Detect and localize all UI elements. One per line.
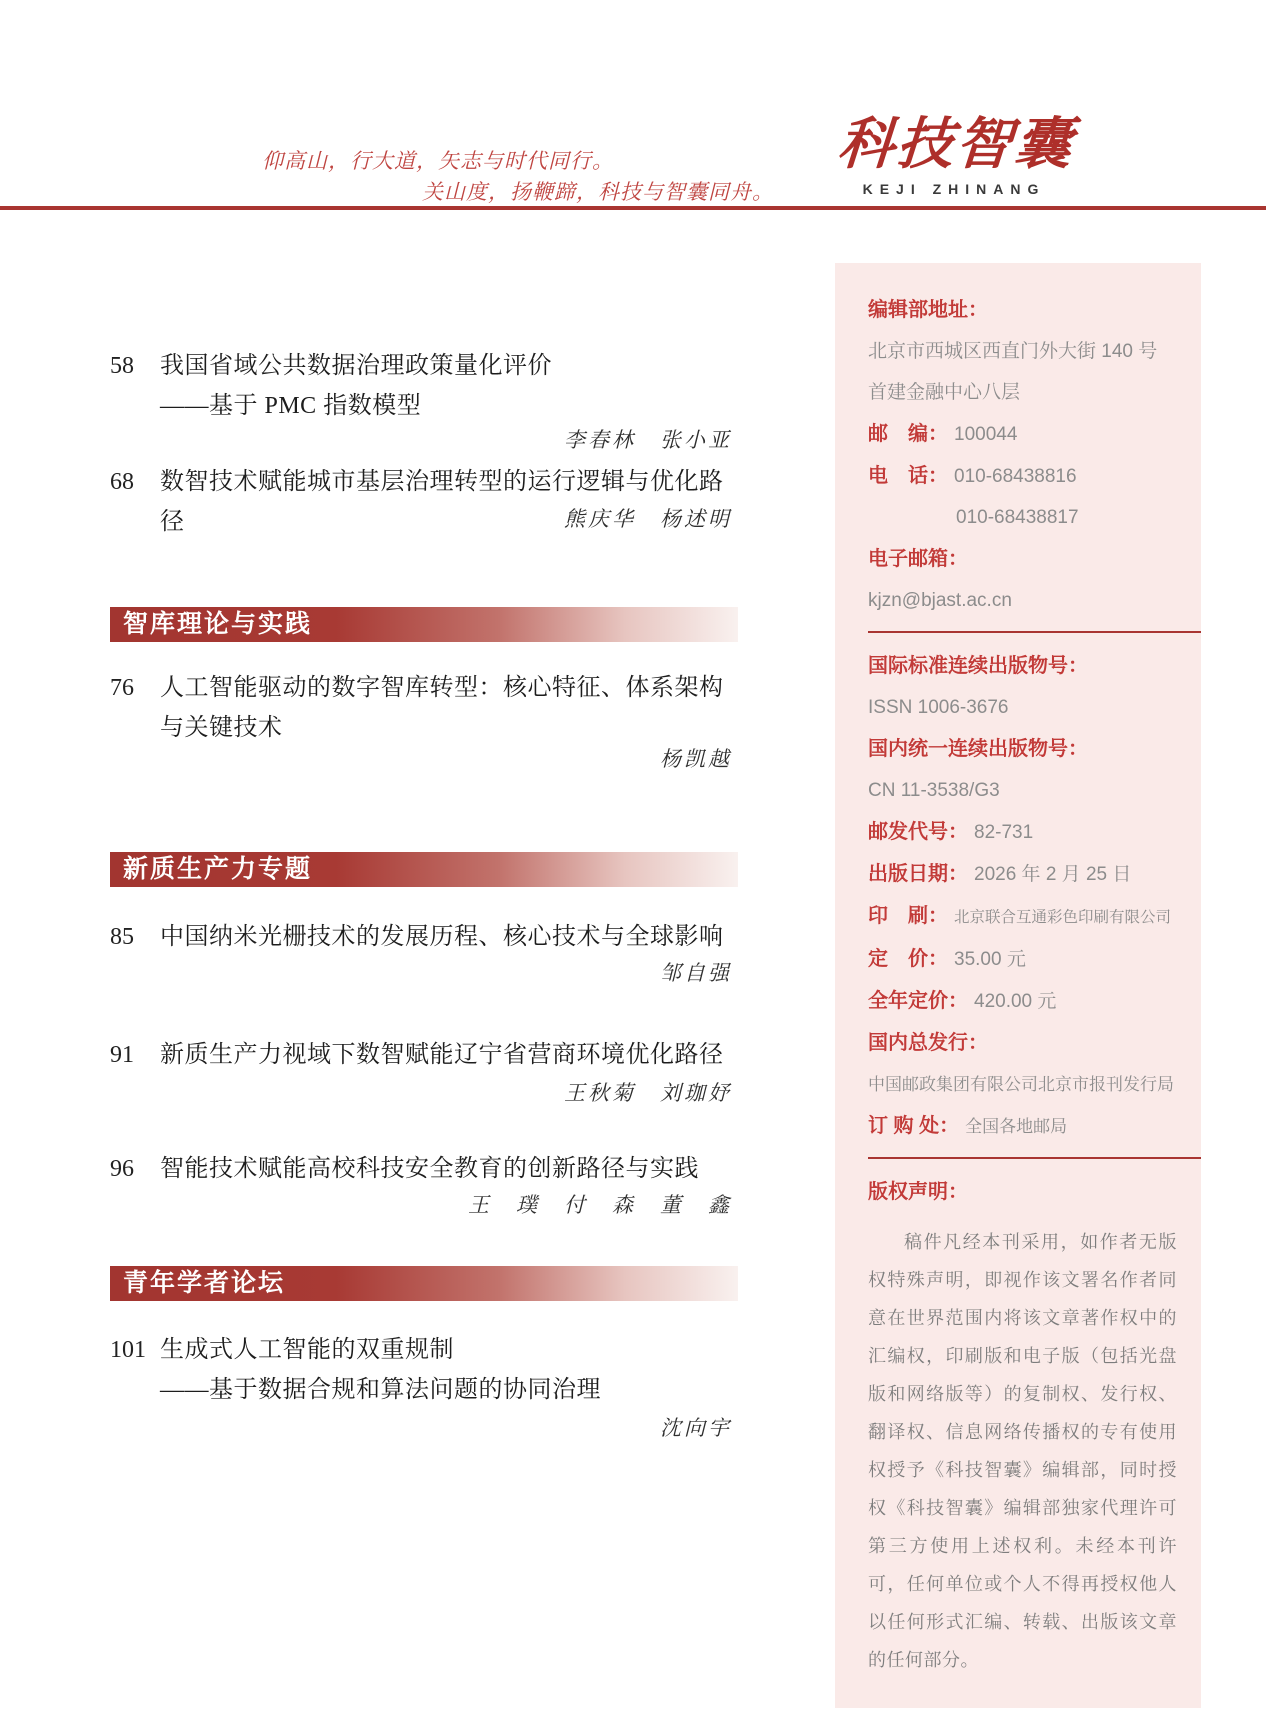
postal-code-label: 邮发代号：: [868, 821, 968, 843]
section-header-think-tank: 智库理论与实践: [110, 607, 738, 642]
order-label: 订 购 处：: [868, 1115, 959, 1137]
entry-page-number: 96: [110, 1149, 160, 1189]
entry-authors: 邹自强: [110, 957, 738, 987]
zip-value: 100044: [954, 424, 1017, 445]
copyright-label: 版权声明：: [868, 1181, 968, 1203]
entry-page-number: 76: [110, 668, 160, 748]
address-line-1: 北京市西城区西直门外大街 140 号: [868, 341, 1177, 363]
tel-value-1: 010-68438816: [954, 466, 1077, 487]
magazine-toc-page: { "header": { "slogan_line1": "仰高山，行大道，矢…: [0, 0, 1266, 1718]
email-label: 电子邮箱：: [868, 548, 968, 570]
zip-label: 邮 编：: [868, 423, 948, 445]
distributor-value: 中国邮政集团有限公司北京市报刊发行局: [868, 1074, 1177, 1096]
entry-authors: 杨凯越: [110, 743, 738, 773]
panel-divider: [868, 1157, 1201, 1159]
printer-value: 北京联合互通彩色印刷有限公司: [954, 909, 1171, 926]
address-label: 编辑部地址：: [868, 299, 988, 321]
toc-entry-76: 76 人工智能驱动的数字智库转型：核心特征、体系架构与关键技术: [110, 668, 738, 748]
cn-value: CN 11-3538/G3: [868, 780, 1177, 802]
entry-title-line: 生成式人工智能的双重规制: [160, 1330, 738, 1370]
pub-date-value: 2026 年 2 月 25 日: [974, 864, 1131, 885]
entry-page-number: 91: [110, 1035, 160, 1075]
slogan-line-2: 关山度，扬鞭蹄，科技与智囊同舟。: [422, 177, 774, 208]
publication-info-panel: 编辑部地址： 北京市西城区西直门外大街 140 号 首建金融中心八层 邮 编：1…: [835, 263, 1201, 1708]
journal-slogan: 仰高山，行大道，矢志与时代同行。 关山度，扬鞭蹄，科技与智囊同舟。: [262, 146, 774, 208]
toc-entry-91: 91 新质生产力视域下数智赋能辽宁省营商环境优化路径: [110, 1035, 738, 1075]
entry-page-number: 58: [110, 346, 160, 426]
section-header-new-productivity: 新质生产力专题: [110, 852, 738, 887]
entry-title-line: 我国省域公共数据治理政策量化评价: [160, 346, 738, 386]
issn-value: ISSN 1006-3676: [868, 697, 1177, 719]
pub-date-label: 出版日期：: [868, 863, 968, 885]
postal-code-value: 82-731: [974, 822, 1033, 843]
entry-authors: 李春林 张小亚: [110, 424, 738, 454]
journal-logo-pinyin: KEJI ZHINANG: [838, 181, 1070, 197]
entry-authors: 沈向宇: [110, 1412, 738, 1442]
annual-price-label: 全年定价：: [868, 990, 968, 1012]
journal-logo: 科技智囊 KEJI ZHINANG: [838, 112, 1070, 197]
distributor-label: 国内总发行：: [868, 1032, 988, 1054]
section-header-young-scholars: 青年学者论坛: [110, 1266, 738, 1301]
tel-value-2: 010-68438817: [956, 507, 1079, 528]
entry-title: 智能技术赋能高校科技安全教育的创新路径与实践: [160, 1149, 738, 1189]
copyright-text: 稿件凡经本刊采用，如作者无版权特殊声明，即视作该文署名作者同意在世界范围内将该文…: [868, 1223, 1177, 1679]
entry-subtitle: ——基于 PMC 指数模型: [160, 386, 738, 426]
email-value: kjzn@bjast.ac.cn: [868, 590, 1177, 612]
header-divider: [0, 206, 1266, 210]
entry-title: 中国纳米光栅技术的发展历程、核心技术与全球影响: [160, 917, 738, 957]
price-value: 35.00 元: [954, 949, 1026, 970]
toc-entry-85: 85 中国纳米光栅技术的发展历程、核心技术与全球影响: [110, 917, 738, 957]
printer-label: 印 刷：: [868, 905, 948, 927]
entry-page-number: 85: [110, 917, 160, 957]
order-value: 全国各地邮局: [965, 1117, 1067, 1136]
entry-title: 我国省域公共数据治理政策量化评价 ——基于 PMC 指数模型: [160, 346, 738, 426]
slogan-line-1: 仰高山，行大道，矢志与时代同行。: [262, 146, 774, 177]
cn-label: 国内统一连续出版物号：: [868, 738, 1088, 760]
panel-divider: [868, 631, 1201, 633]
entry-authors: 王 璞 付 森 董 鑫: [110, 1189, 738, 1219]
toc-entry-58: 58 我国省域公共数据治理政策量化评价 ——基于 PMC 指数模型: [110, 346, 738, 426]
entry-title: 新质生产力视域下数智赋能辽宁省营商环境优化路径: [160, 1035, 738, 1075]
entry-authors: 熊庆华 杨述明: [110, 503, 738, 533]
entry-page-number: 101: [110, 1330, 160, 1410]
entry-subtitle: ——基于数据合规和算法问题的协同治理: [160, 1370, 738, 1410]
address-line-2: 首建金融中心八层: [868, 382, 1177, 404]
toc-entry-101: 101 生成式人工智能的双重规制 ——基于数据合规和算法问题的协同治理: [110, 1330, 738, 1410]
tel-label: 电 话：: [868, 465, 948, 487]
entry-authors: 王秋菊 刘珈妤: [110, 1077, 738, 1107]
issn-label: 国际标准连续出版物号：: [868, 655, 1088, 677]
entry-title: 人工智能驱动的数字智库转型：核心特征、体系架构与关键技术: [160, 668, 738, 748]
journal-logo-text: 科技智囊: [836, 112, 1072, 176]
toc-entry-96: 96 智能技术赋能高校科技安全教育的创新路径与实践: [110, 1149, 738, 1189]
annual-price-value: 420.00 元: [974, 991, 1056, 1012]
entry-title: 生成式人工智能的双重规制 ——基于数据合规和算法问题的协同治理: [160, 1330, 738, 1410]
price-label: 定 价：: [868, 948, 948, 970]
